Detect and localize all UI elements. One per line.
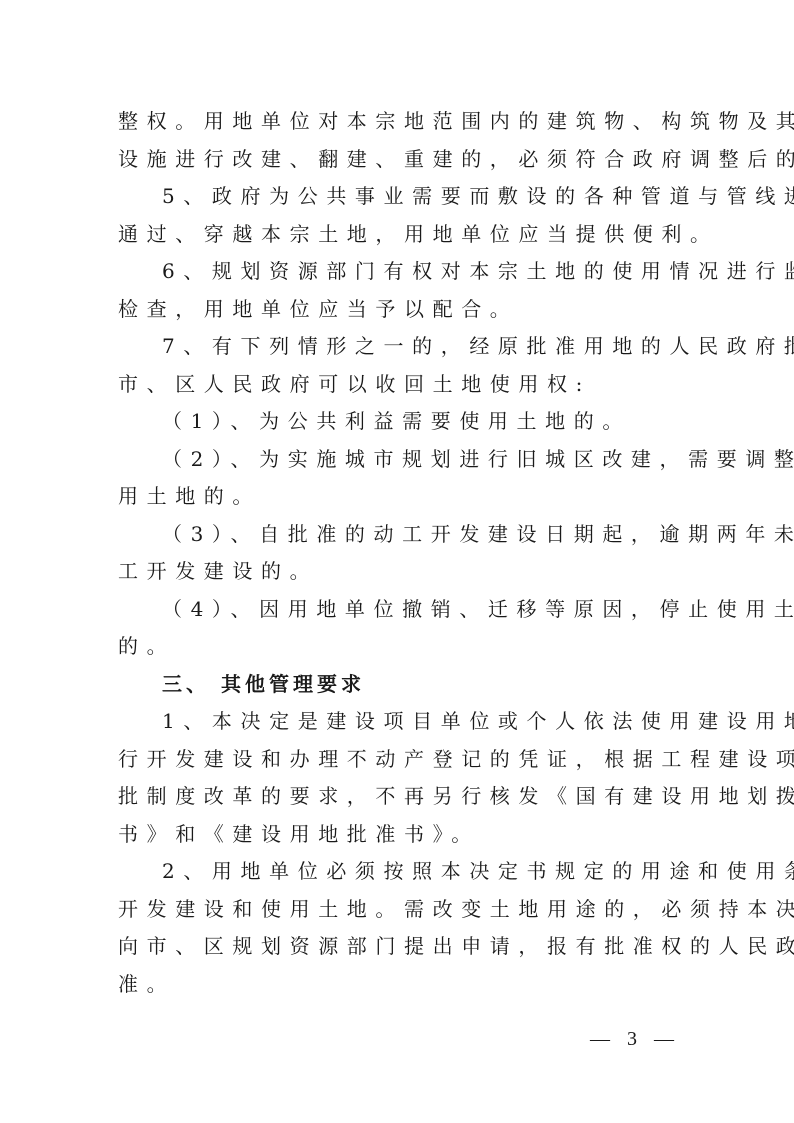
section-heading: 三、 其他管理要求 <box>118 666 674 704</box>
text-line: 市、区人民政府可以收回土地使用权: <box>118 366 674 404</box>
document-body: 整权。用地单位对本宗地范围内的建筑物、构筑物及其附属 设施进行改建、翻建、重建的… <box>118 103 674 1003</box>
text-line: 设施进行改建、翻建、重建的，必须符合政府调整后的规划。 <box>118 141 674 179</box>
text-line: （3）、自批准的动工开发建设日期起，逾期两年未动 <box>118 516 674 554</box>
text-line: （1）、为公共利益需要使用土地的。 <box>118 403 674 441</box>
text-line: （4）、因用地单位撤销、迁移等原因，停止使用土地 <box>118 591 674 629</box>
text-line: （2）、为实施城市规划进行旧城区改建，需要调整使 <box>118 441 674 479</box>
text-line: 2、用地单位必须按照本决定书规定的用途和使用条件 <box>118 853 674 891</box>
text-line: 的。 <box>118 628 674 666</box>
page-number: — 3 — <box>590 1028 680 1051</box>
text-line: 批制度改革的要求，不再另行核发《国有建设用地划拨决定 <box>118 778 674 816</box>
text-line: 6、规划资源部门有权对本宗土地的使用情况进行监督 <box>118 253 674 291</box>
text-line: 通过、穿越本宗土地，用地单位应当提供便利。 <box>118 216 674 254</box>
text-line: 5、政府为公共事业需要而敷设的各种管道与管线进出、 <box>118 178 674 216</box>
text-line: 准。 <box>118 966 674 1004</box>
text-line: 向市、区规划资源部门提出申请，报有批准权的人民政府批 <box>118 928 674 966</box>
text-line: 整权。用地单位对本宗地范围内的建筑物、构筑物及其附属 <box>118 103 674 141</box>
text-line: 检查，用地单位应当予以配合。 <box>118 291 674 329</box>
text-line: 书》和《建设用地批准书》。 <box>118 816 674 854</box>
text-line: 开发建设和使用土地。需改变土地用途的，必须持本决定书 <box>118 891 674 929</box>
text-line: 行开发建设和办理不动产登记的凭证，根据工程建设项目审 <box>118 741 674 779</box>
text-line: 工开发建设的。 <box>118 553 674 591</box>
text-line: 7、有下列情形之一的，经原批准用地的人民政府批准， <box>118 328 674 366</box>
text-line: 1、本决定是建设项目单位或个人依法使用建设用地进 <box>118 703 674 741</box>
text-line: 用土地的。 <box>118 478 674 516</box>
